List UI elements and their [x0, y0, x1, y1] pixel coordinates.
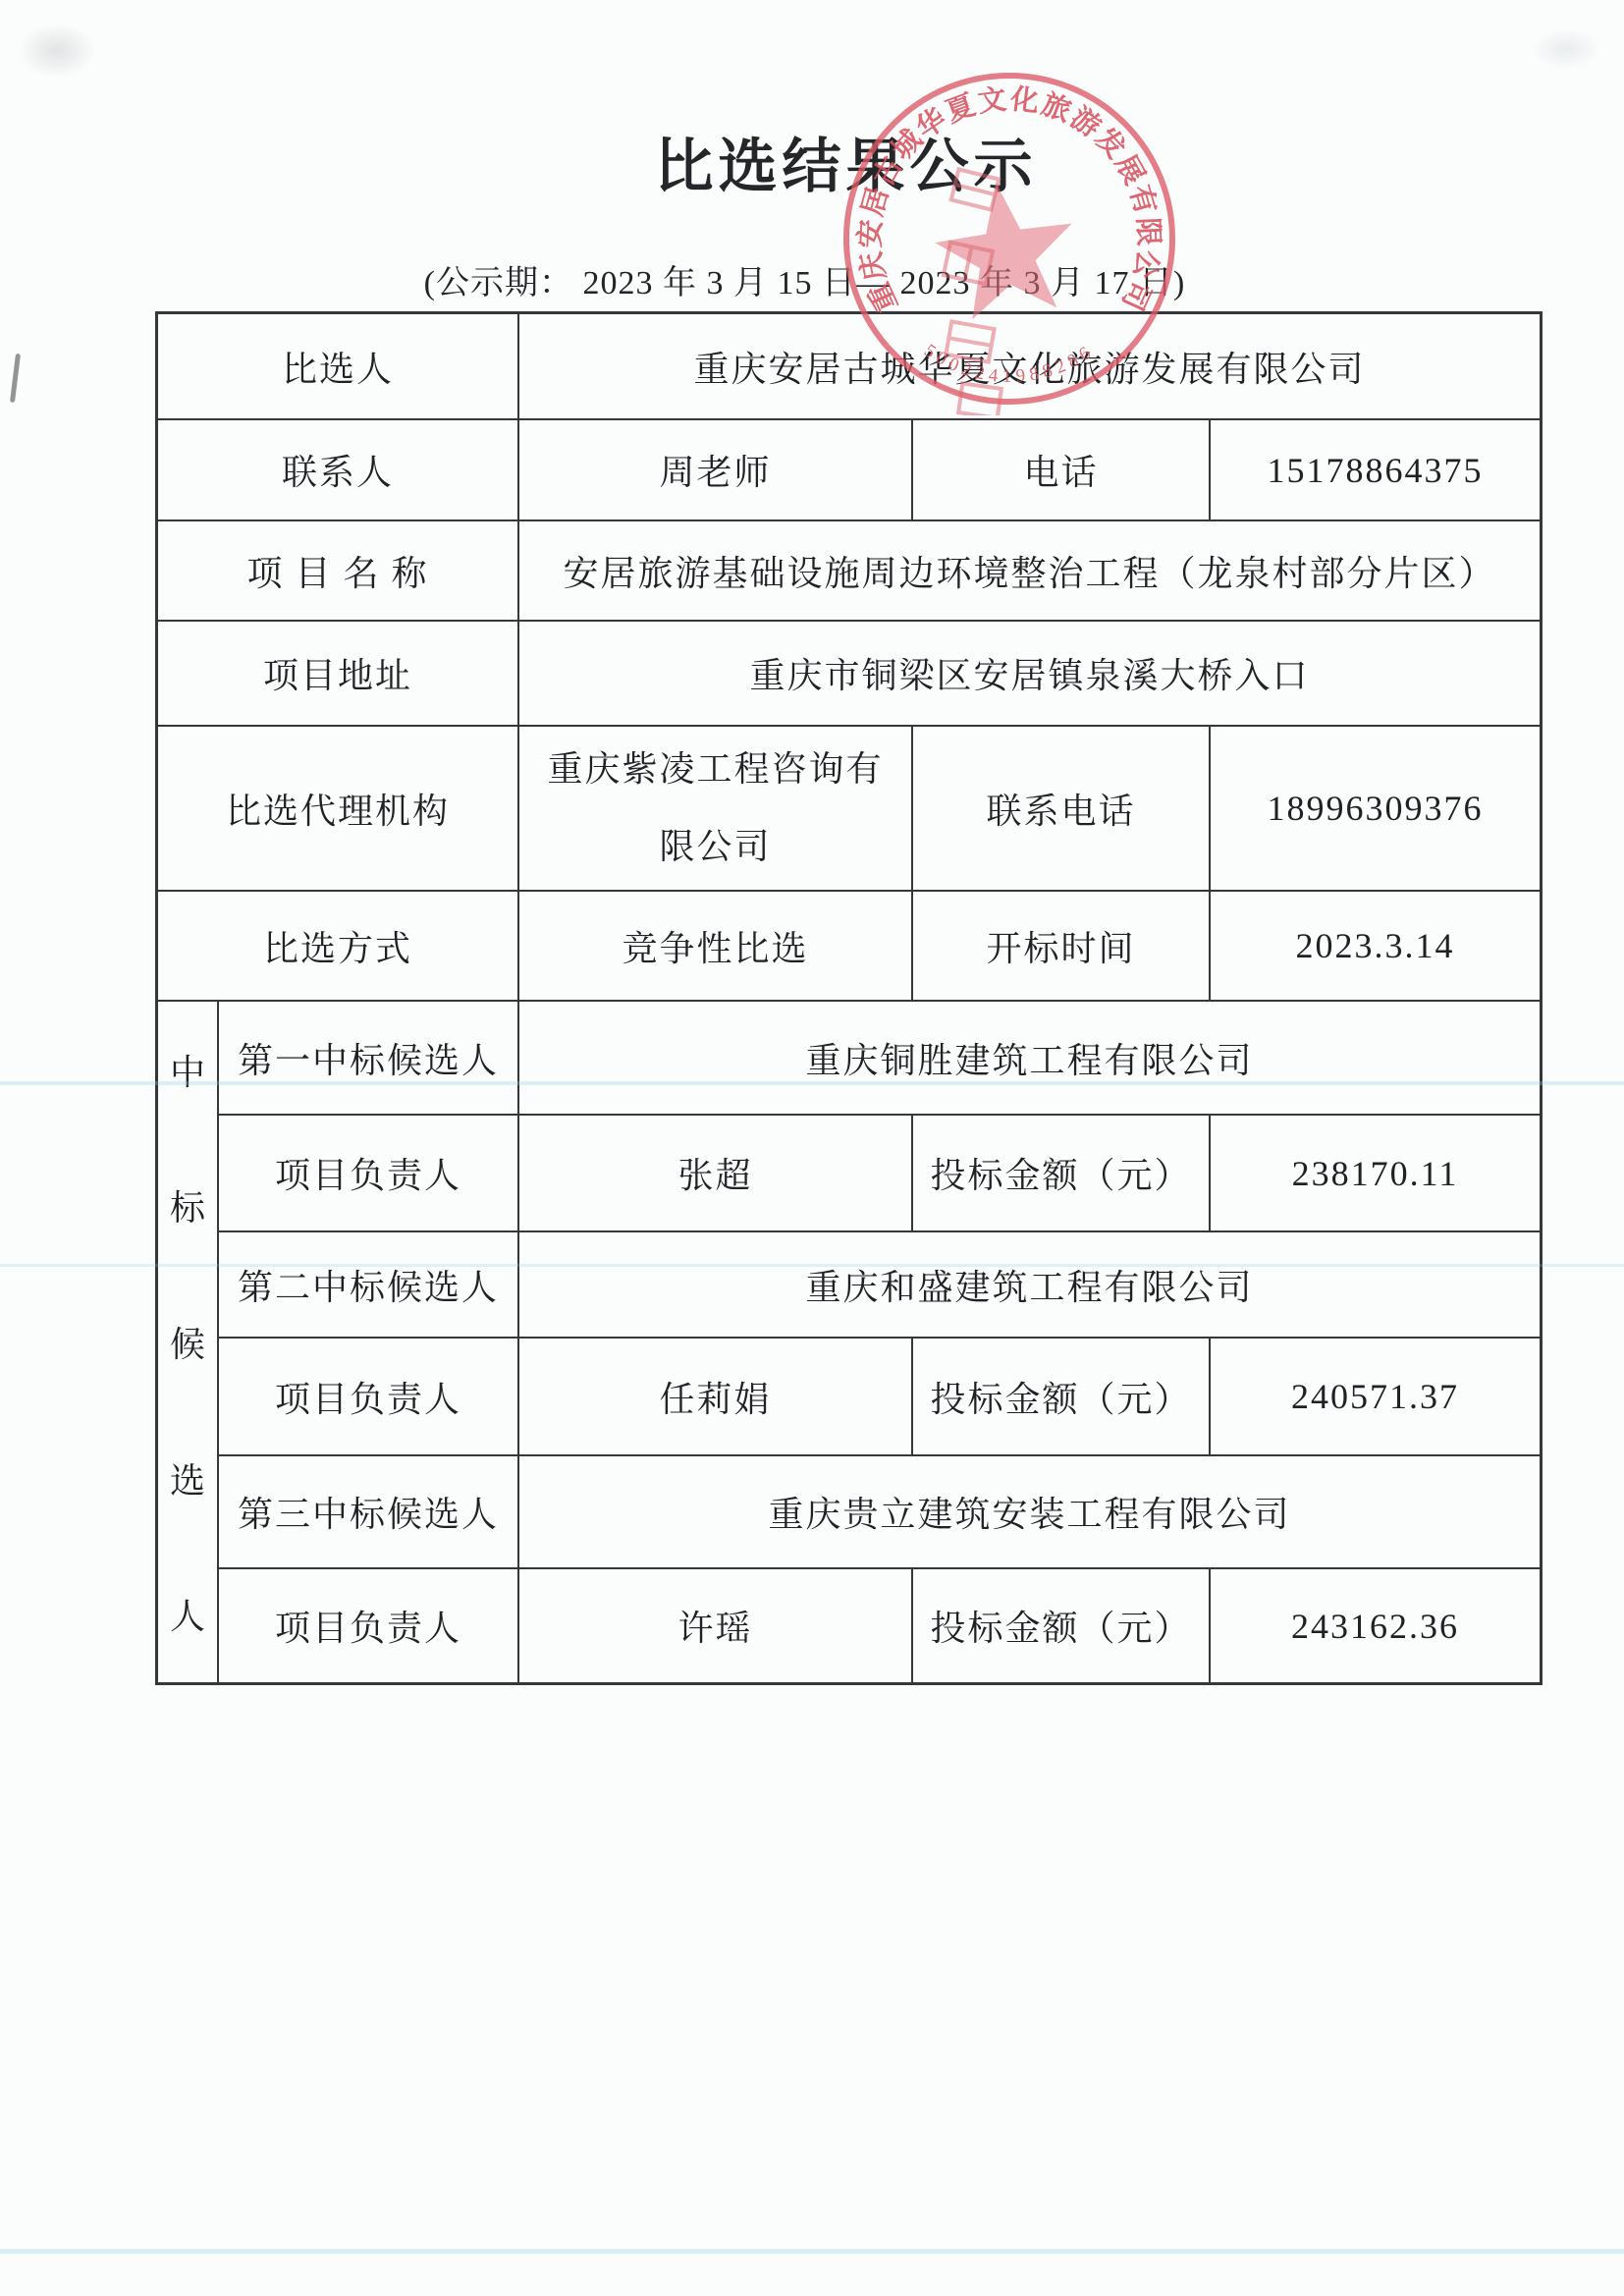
vertical-header-char: 候 — [170, 1317, 205, 1367]
scanned-document-page: 比选结果公示 (公示期： 2023 年 3 月 15 日— 2023 年 3 月… — [0, 0, 1624, 2296]
row-label: 比选代理机构 — [158, 727, 517, 890]
contact-name: 周老师 — [517, 420, 911, 519]
open-time-label: 开标时间 — [911, 892, 1209, 1000]
candidate3-rank-label: 第三中标候选人 — [219, 1456, 517, 1567]
method-value: 竞争性比选 — [517, 892, 911, 1000]
candidate1-rank-label: 第一中标候选人 — [219, 1002, 517, 1114]
bidder-value: 重庆安居古城华夏文化旅游发展有限公司 — [517, 314, 1540, 418]
agency-name: 重庆紫凌工程咨询有限公司 — [517, 727, 911, 890]
scan-artifact-smudge — [18, 24, 96, 78]
table-row-contact: 联系人 周老师 电话 15178864375 — [158, 418, 1540, 519]
row-label: 联系人 — [158, 420, 517, 519]
table-row-bidder: 比选人 重庆安居古城华夏文化旅游发展有限公司 — [158, 314, 1540, 418]
candidate3-amount: 243162.36 — [1209, 1569, 1540, 1682]
table-row-method: 比选方式 竞争性比选 开标时间 2023.3.14 — [158, 890, 1540, 1000]
candidate2-amount: 240571.37 — [1209, 1339, 1540, 1454]
row-label: 比选人 — [158, 314, 517, 418]
pm-label: 项目负责人 — [219, 1339, 517, 1454]
agency-phone-label: 联系电话 — [911, 727, 1209, 890]
open-time-value: 2023.3.14 — [1209, 892, 1540, 1000]
row-label: 项目地址 — [158, 622, 517, 725]
candidates-section: 中 标 候 选 人 第一中标候选人 重庆铜胜建筑工程有限公司 项目负责人 张超 … — [158, 1000, 1540, 1682]
candidate1-pm-name: 张超 — [517, 1116, 911, 1230]
agency-phone-number: 18996309376 — [1209, 727, 1540, 890]
vertical-header-char: 中 — [170, 1045, 205, 1095]
table-row-project-name: 项 目 名 称 安居旅游基础设施周边环境整治工程（龙泉村部分片区） — [158, 519, 1540, 620]
vertical-header-char: 标 — [170, 1180, 205, 1230]
candidate1-amount: 238170.11 — [1209, 1116, 1540, 1230]
row-label: 项 目 名 称 — [158, 521, 517, 620]
scan-artifact-mark — [10, 354, 21, 403]
table-row-project-address: 项目地址 重庆市铜梁区安居镇泉溪大桥入口 — [158, 620, 1540, 725]
scan-artifact-smudge — [1532, 29, 1600, 69]
page-title: 比选结果公示 — [155, 120, 1537, 204]
scan-artifact-line — [0, 2249, 1624, 2254]
amount-label: 投标金额（元） — [911, 1569, 1209, 1682]
phone-label: 电话 — [911, 420, 1209, 519]
candidate2-pm-row: 项目负责人 任莉娟 投标金额（元） 240571.37 — [219, 1337, 1540, 1454]
amount-label: 投标金额（元） — [911, 1339, 1209, 1454]
candidate3-pm-name: 许瑶 — [517, 1569, 911, 1682]
candidate1-pm-row: 项目负责人 张超 投标金额（元） 238170.11 — [219, 1114, 1540, 1230]
pm-label: 项目负责人 — [219, 1569, 517, 1682]
candidate2-company: 重庆和盛建筑工程有限公司 — [517, 1232, 1540, 1337]
pm-label: 项目负责人 — [219, 1116, 517, 1230]
project-address-value: 重庆市铜梁区安居镇泉溪大桥入口 — [517, 622, 1540, 725]
vertical-header-char: 人 — [170, 1589, 205, 1639]
result-table: 比选人 重庆安居古城华夏文化旅游发展有限公司 联系人 周老师 电话 151788… — [155, 311, 1543, 1685]
agency-name-text: 重庆紫凌工程咨询有限公司 — [543, 731, 889, 886]
table-row-agency: 比选代理机构 重庆紫凌工程咨询有限公司 联系电话 18996309376 — [158, 725, 1540, 890]
vertical-header-char: 选 — [170, 1453, 205, 1503]
candidate1-row: 第一中标候选人 重庆铜胜建筑工程有限公司 — [219, 1002, 1540, 1114]
candidate2-row: 第二中标候选人 重庆和盛建筑工程有限公司 — [219, 1230, 1540, 1337]
candidate1-company: 重庆铜胜建筑工程有限公司 — [517, 1002, 1540, 1114]
candidates-rows: 第一中标候选人 重庆铜胜建筑工程有限公司 项目负责人 张超 投标金额（元） 23… — [219, 1002, 1540, 1682]
candidate2-rank-label: 第二中标候选人 — [219, 1232, 517, 1337]
candidate3-row: 第三中标候选人 重庆贵立建筑安装工程有限公司 — [219, 1454, 1540, 1567]
row-label: 比选方式 — [158, 892, 517, 1000]
candidate2-pm-name: 任莉娟 — [517, 1339, 911, 1454]
candidate3-company: 重庆贵立建筑安装工程有限公司 — [517, 1456, 1540, 1567]
phone-number: 15178864375 — [1209, 420, 1540, 519]
project-name-value: 安居旅游基础设施周边环境整治工程（龙泉村部分片区） — [517, 521, 1540, 620]
publicity-period: (公示期： 2023 年 3 月 15 日— 2023 年 3 月 17 日) — [114, 255, 1495, 303]
candidates-vertical-header: 中 标 候 选 人 — [158, 1002, 219, 1682]
amount-label: 投标金额（元） — [911, 1116, 1209, 1230]
candidate3-pm-row: 项目负责人 许瑶 投标金额（元） 243162.36 — [219, 1567, 1540, 1682]
